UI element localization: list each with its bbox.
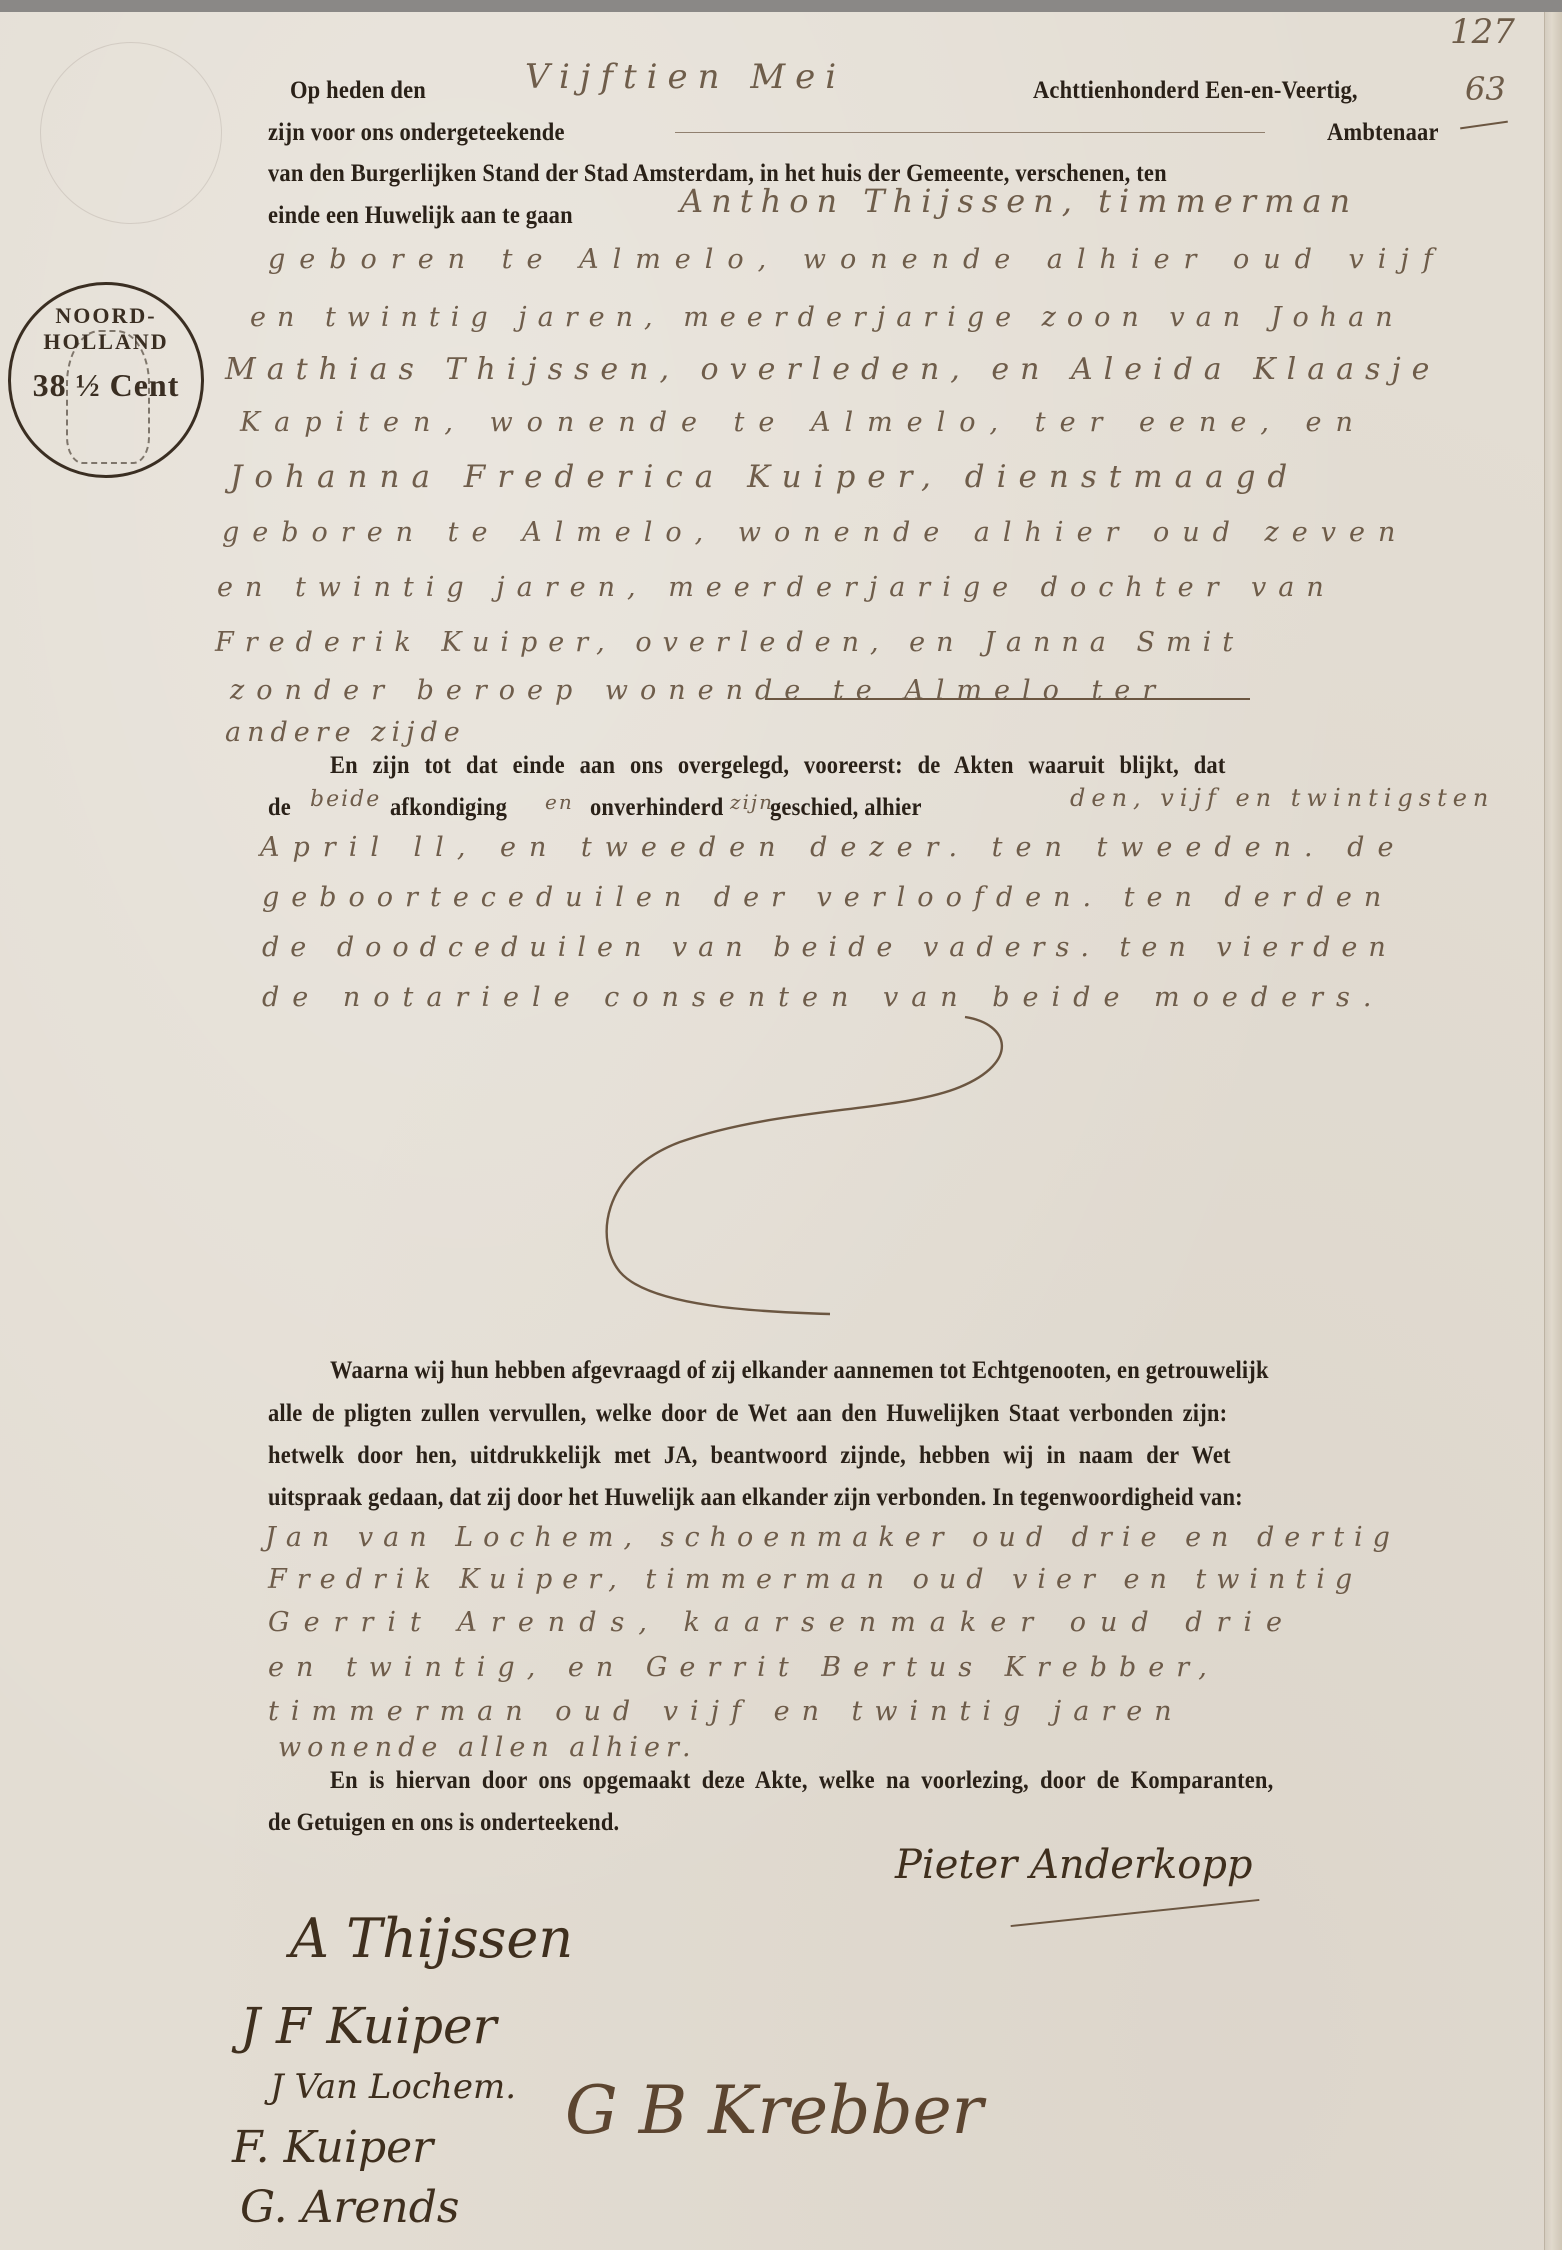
printed-para3-line2: alle de pligten zullen vervullen, welke … — [268, 1400, 1227, 1428]
witness-line: wonende allen alhier. — [278, 1732, 697, 1763]
printed-para3-line1: Waarna wij hun hebben afgevraagd of zij … — [330, 1357, 1269, 1385]
printed-para3-line3: hetwelk door hen, uitdrukkelijk met JA, … — [268, 1442, 1231, 1470]
signature-witness-4: G B Krebber — [565, 2072, 983, 2149]
printed-para4-line2: de Getuigen en ons is onderteekend. — [268, 1809, 619, 1837]
printed-para4-line1: En is hiervan door ons opgemaakt deze Ak… — [330, 1767, 1273, 1795]
printed-para3-line4: uitspraak gedaan, dat zij door het Huwel… — [268, 1484, 1243, 1512]
signature-witness-2: F. Kuiper — [232, 2122, 433, 2173]
witness-line: Gerrit Arends, kaarsenmaker oud drie — [268, 1607, 1296, 1638]
document-page: 127 63 Op heden den Vijftien Mei Achttie… — [0, 12, 1545, 2250]
witness-line: Fredrik Kuiper, timmerman oud vier en tw… — [268, 1564, 1362, 1595]
signature-groom: A Thijssen — [290, 1907, 573, 1970]
witness-line: timmerman oud vijf en twintig jaren — [268, 1696, 1184, 1727]
closing-flourish — [0, 12, 1545, 2250]
witness-line: en twintig, en Gerrit Bertus Krebber, — [268, 1652, 1219, 1683]
signature-witness-3: G. Arends — [240, 2182, 459, 2233]
signature-witness-1: J Van Lochem. — [270, 2067, 516, 2107]
signature-official: Pieter Anderkopp — [895, 1842, 1253, 1888]
witness-line: Jan van Lochem, schoenmaker oud drie en … — [265, 1522, 1400, 1553]
signature-bride: J F Kuiper — [240, 1997, 496, 2055]
adjacent-page-edge — [1544, 12, 1562, 2250]
